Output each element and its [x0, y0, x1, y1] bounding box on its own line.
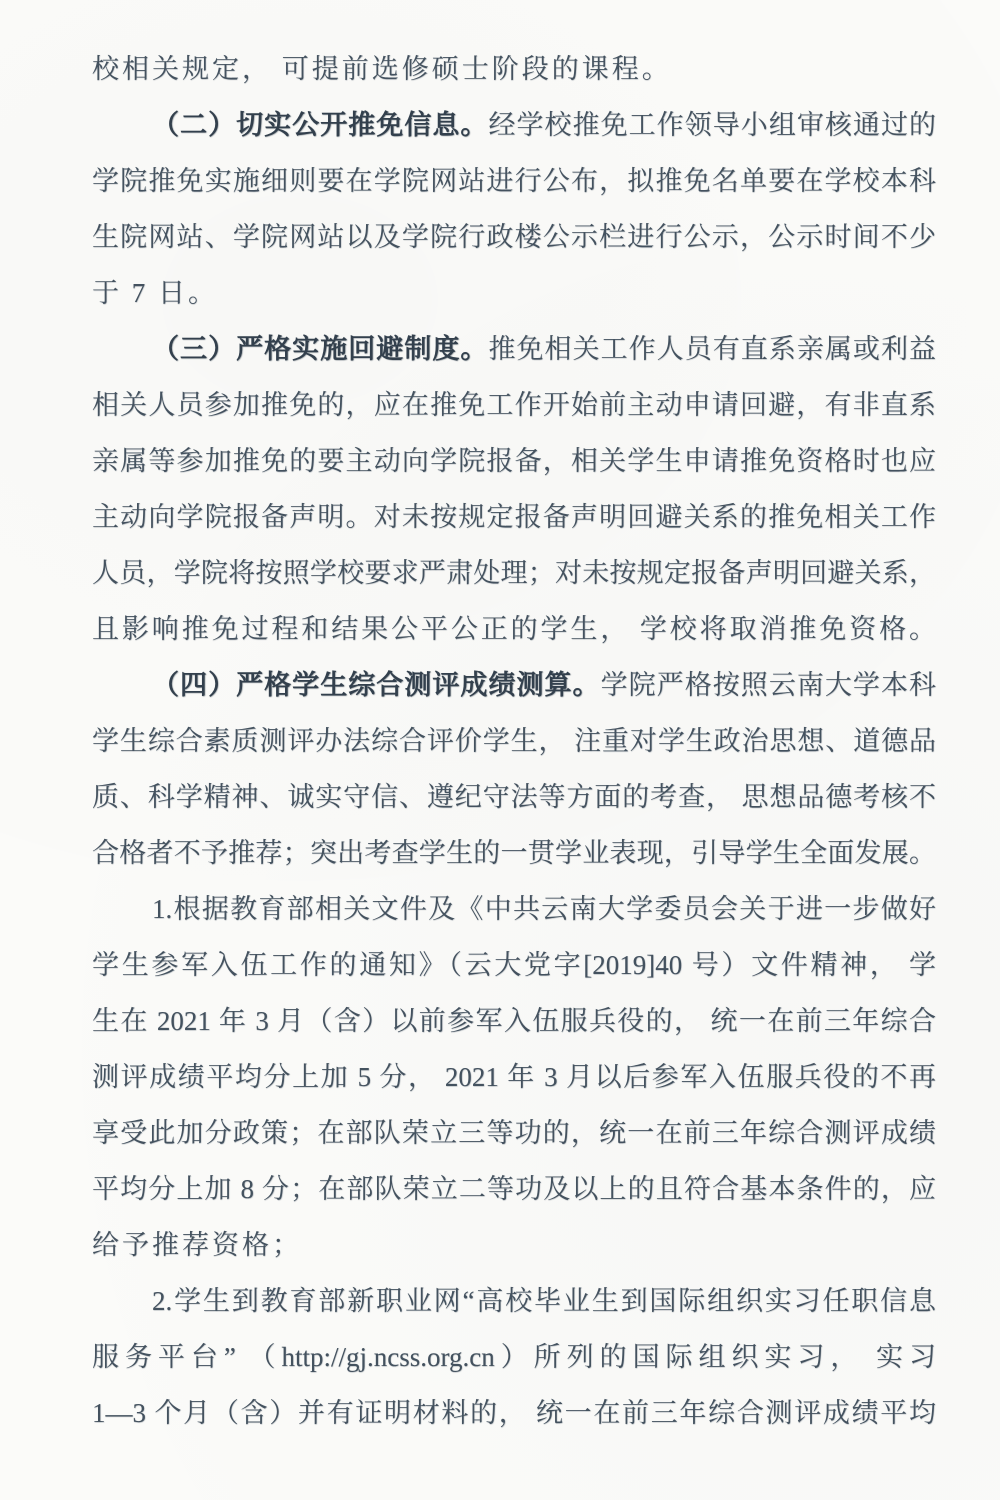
text-line: 1.根据教育部相关文件及《中共云南大学委员会关于进一步做好: [92, 881, 936, 937]
body-text: 且影响推免过程和结果公平公正的学生， 学校将取消推免资格。: [92, 614, 936, 644]
body-text: 质、科学精神、诚实守信、遵纪守法等方面的考查， 思想品德考核不: [92, 782, 936, 812]
text-line: （二）切实公开推免信息。经学校推免工作领导小组审核通过的: [92, 97, 936, 153]
body-text: 测评成绩平均分上加 5 分， 2021 年 3 月以后参军入伍服兵役的不再: [92, 1062, 936, 1092]
body-text: 亲属等参加推免的要主动向学院报备，相关学生申请推免资格时也应: [92, 446, 936, 476]
document-page: 校相关规定， 可提前选修硕士阶段的课程。（二）切实公开推免信息。经学校推免工作领…: [0, 0, 1000, 1500]
section-heading: （四）严格学生综合测评成绩测算。: [152, 670, 601, 700]
body-text: 主动向学院报备声明。对未按规定报备声明回避关系的推免相关工作: [92, 502, 936, 532]
body-text: 1—3 个月（含）并有证明材料的， 统一在前三年综合测评成绩平均: [92, 1398, 936, 1428]
body-text: 生在 2021 年 3 月（含）以前参军入伍服兵役的， 统一在前三年综合: [92, 1006, 936, 1036]
body-text: 生院网站、学院网站以及学院行政楼公示栏进行公示，公示时间不少: [92, 222, 936, 252]
body-text: 相关人员参加推免的，应在推免工作开始前主动申请回避，有非直系: [92, 390, 936, 420]
text-line: 享受此加分政策；在部队荣立三等功的，统一在前三年综合测评成绩: [92, 1105, 936, 1161]
text-line: 1—3 个月（含）并有证明材料的， 统一在前三年综合测评成绩平均: [92, 1385, 936, 1441]
body-text: 学生参军入伍工作的通知》（云大党字[2019]40 号）文件精神， 学: [92, 950, 936, 980]
text-line: （三）严格实施回避制度。推免相关工作人员有直系亲属或利益: [92, 321, 936, 377]
text-line: 学生综合素质测评办法综合评价学生， 注重对学生政治思想、道德品: [92, 713, 936, 769]
text-line: 学院推免实施细则要在学院网站进行公布，拟推免名单要在学校本科: [92, 153, 936, 209]
section-heading: （二）切实公开推免信息。: [152, 110, 488, 140]
body-text: 2.学生到教育部新职业网“高校毕业生到国际组织实习任职信息: [152, 1286, 936, 1316]
body-text: 服务平台” （http://gj.ncss.org.cn）所列的国际组织实习， …: [92, 1342, 936, 1372]
text-line: 测评成绩平均分上加 5 分， 2021 年 3 月以后参军入伍服兵役的不再: [92, 1049, 936, 1105]
text-line: 于 7 日。: [92, 265, 936, 321]
text-line: 服务平台” （http://gj.ncss.org.cn）所列的国际组织实习， …: [92, 1329, 936, 1385]
body-text: 平均分上加 8 分；在部队荣立二等功及以上的且符合基本条件的，应: [92, 1174, 936, 1204]
text-line: 校相关规定， 可提前选修硕士阶段的课程。: [92, 41, 936, 97]
text-line: 学生参军入伍工作的通知》（云大党字[2019]40 号）文件精神， 学: [92, 937, 936, 993]
body-text: 学生综合素质测评办法综合评价学生， 注重对学生政治思想、道德品: [92, 726, 936, 756]
body-text: 享受此加分政策；在部队荣立三等功的，统一在前三年综合测评成绩: [92, 1118, 936, 1148]
body-text: 经学校推免工作领导小组审核通过的: [488, 110, 936, 140]
body-text: 于 7 日。: [92, 278, 218, 308]
text-line: 主动向学院报备声明。对未按规定报备声明回避关系的推免相关工作: [92, 489, 936, 545]
text-line: （四）严格学生综合测评成绩测算。学院严格按照云南大学本科: [92, 657, 936, 713]
document-lines: 校相关规定， 可提前选修硕士阶段的课程。（二）切实公开推免信息。经学校推免工作领…: [92, 41, 936, 1441]
text-line: 人员，学院将按照学校要求严肃处理；对未按规定报备声明回避关系，: [92, 545, 936, 601]
body-text: 人员，学院将按照学校要求严肃处理；对未按规定报备声明回避关系，: [92, 558, 936, 588]
text-line: 生在 2021 年 3 月（含）以前参军入伍服兵役的， 统一在前三年综合: [92, 993, 936, 1049]
text-line: 2.学生到教育部新职业网“高校毕业生到国际组织实习任职信息: [92, 1273, 936, 1329]
text-line: 亲属等参加推免的要主动向学院报备，相关学生申请推免资格时也应: [92, 433, 936, 489]
text-line: 平均分上加 8 分；在部队荣立二等功及以上的且符合基本条件的，应: [92, 1161, 936, 1217]
body-text: 给予推荐资格；: [92, 1230, 302, 1260]
text-line: 质、科学精神、诚实守信、遵纪守法等方面的考查， 思想品德考核不: [92, 769, 936, 825]
body-text: 学院严格按照云南大学本科: [601, 670, 936, 700]
text-line: 给予推荐资格；: [92, 1217, 936, 1273]
body-text: 推免相关工作人员有直系亲属或利益: [488, 334, 936, 364]
text-line: 生院网站、学院网站以及学院行政楼公示栏进行公示，公示时间不少: [92, 209, 936, 265]
text-line: 合格者不予推荐；突出考查学生的一贯学业表现，引导学生全面发展。: [92, 825, 936, 881]
body-text: 校相关规定， 可提前选修硕士阶段的课程。: [92, 54, 672, 84]
section-heading: （三）严格实施回避制度。: [152, 334, 488, 364]
text-line: 且影响推免过程和结果公平公正的学生， 学校将取消推免资格。: [92, 601, 936, 657]
body-text: 合格者不予推荐；突出考查学生的一贯学业表现，引导学生全面发展。: [92, 838, 936, 868]
body-text: 1.根据教育部相关文件及《中共云南大学委员会关于进一步做好: [152, 894, 936, 924]
text-line: 相关人员参加推免的，应在推免工作开始前主动申请回避，有非直系: [92, 377, 936, 433]
body-text: 学院推免实施细则要在学院网站进行公布，拟推免名单要在学校本科: [92, 166, 936, 196]
